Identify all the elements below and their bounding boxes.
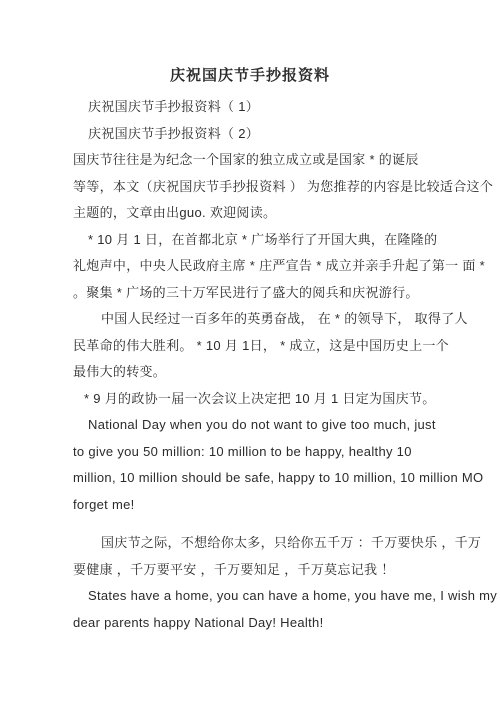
text-line: dear parents happy National Day! Health! (73, 610, 458, 637)
text-line: * 10 月 1 日，在首都北京 * 广场举行了开国大典，在隆隆的 (73, 227, 458, 254)
text-line: 中国人民经过一百多年的英勇奋战， 在 * 的领导下， 取得了人 (73, 306, 458, 333)
text-line: * 9 月的政协一届一次会议上决定把 10 月 1 日定为国庆节。 (73, 386, 458, 413)
text-line: 国庆节往往是为纪念一个国家的独立成立或是国家 * 的诞辰 (73, 147, 458, 174)
document-body: 庆祝国庆节手抄报资料（ 1） 庆祝国庆节手抄报资料（ 2） 国庆节往往是为纪念一… (0, 90, 500, 636)
page-title: 庆祝国庆节手抄报资料 (0, 62, 500, 90)
text-line: 庆祝国庆节手抄报资料（ 2） (73, 121, 458, 148)
text-line: 要健康 ，千万要平安 ，千万要知足 ，千万莫忘记我 ！ (73, 557, 458, 584)
text-line: 民革命的伟大胜利。 * 10 月 1日， * 成立，这是中国历史上一个 (73, 333, 458, 360)
text-line: 庆祝国庆节手抄报资料（ 1） (73, 94, 458, 121)
text-line: 国庆节之际，不想给你太多，只给你五千万 ：千万要快乐 ，千万 (73, 530, 458, 557)
text-line: 。聚集 * 广场的三十万军民进行了盛大的阅兵和庆祝游行。 (73, 280, 458, 307)
text-line: million, 10 million should be safe, happ… (73, 465, 458, 492)
text-line: States have a home, you can have a home,… (73, 583, 458, 610)
text-line: National Day when you do not want to giv… (73, 412, 458, 439)
document-page: 庆祝国庆节手抄报资料 庆祝国庆节手抄报资料（ 1） 庆祝国庆节手抄报资料（ 2）… (0, 0, 500, 708)
text-line: to give you 50 million: 10 million to be… (73, 439, 458, 466)
text-line: forget me! (73, 492, 458, 519)
text-line: 最伟大的转变。 (73, 359, 458, 386)
text-line: 等等，本文（庆祝国庆节手抄报资料 ） 为您推荐的内容是比较适合这个 (73, 174, 458, 201)
text-line: 礼炮声中，中央人民政府主席 * 庄严宣告 * 成立并亲手升起了第一 面 * (73, 253, 458, 280)
text-line: 主题的，文章由出guo. 欢迎阅读。 (73, 200, 458, 227)
